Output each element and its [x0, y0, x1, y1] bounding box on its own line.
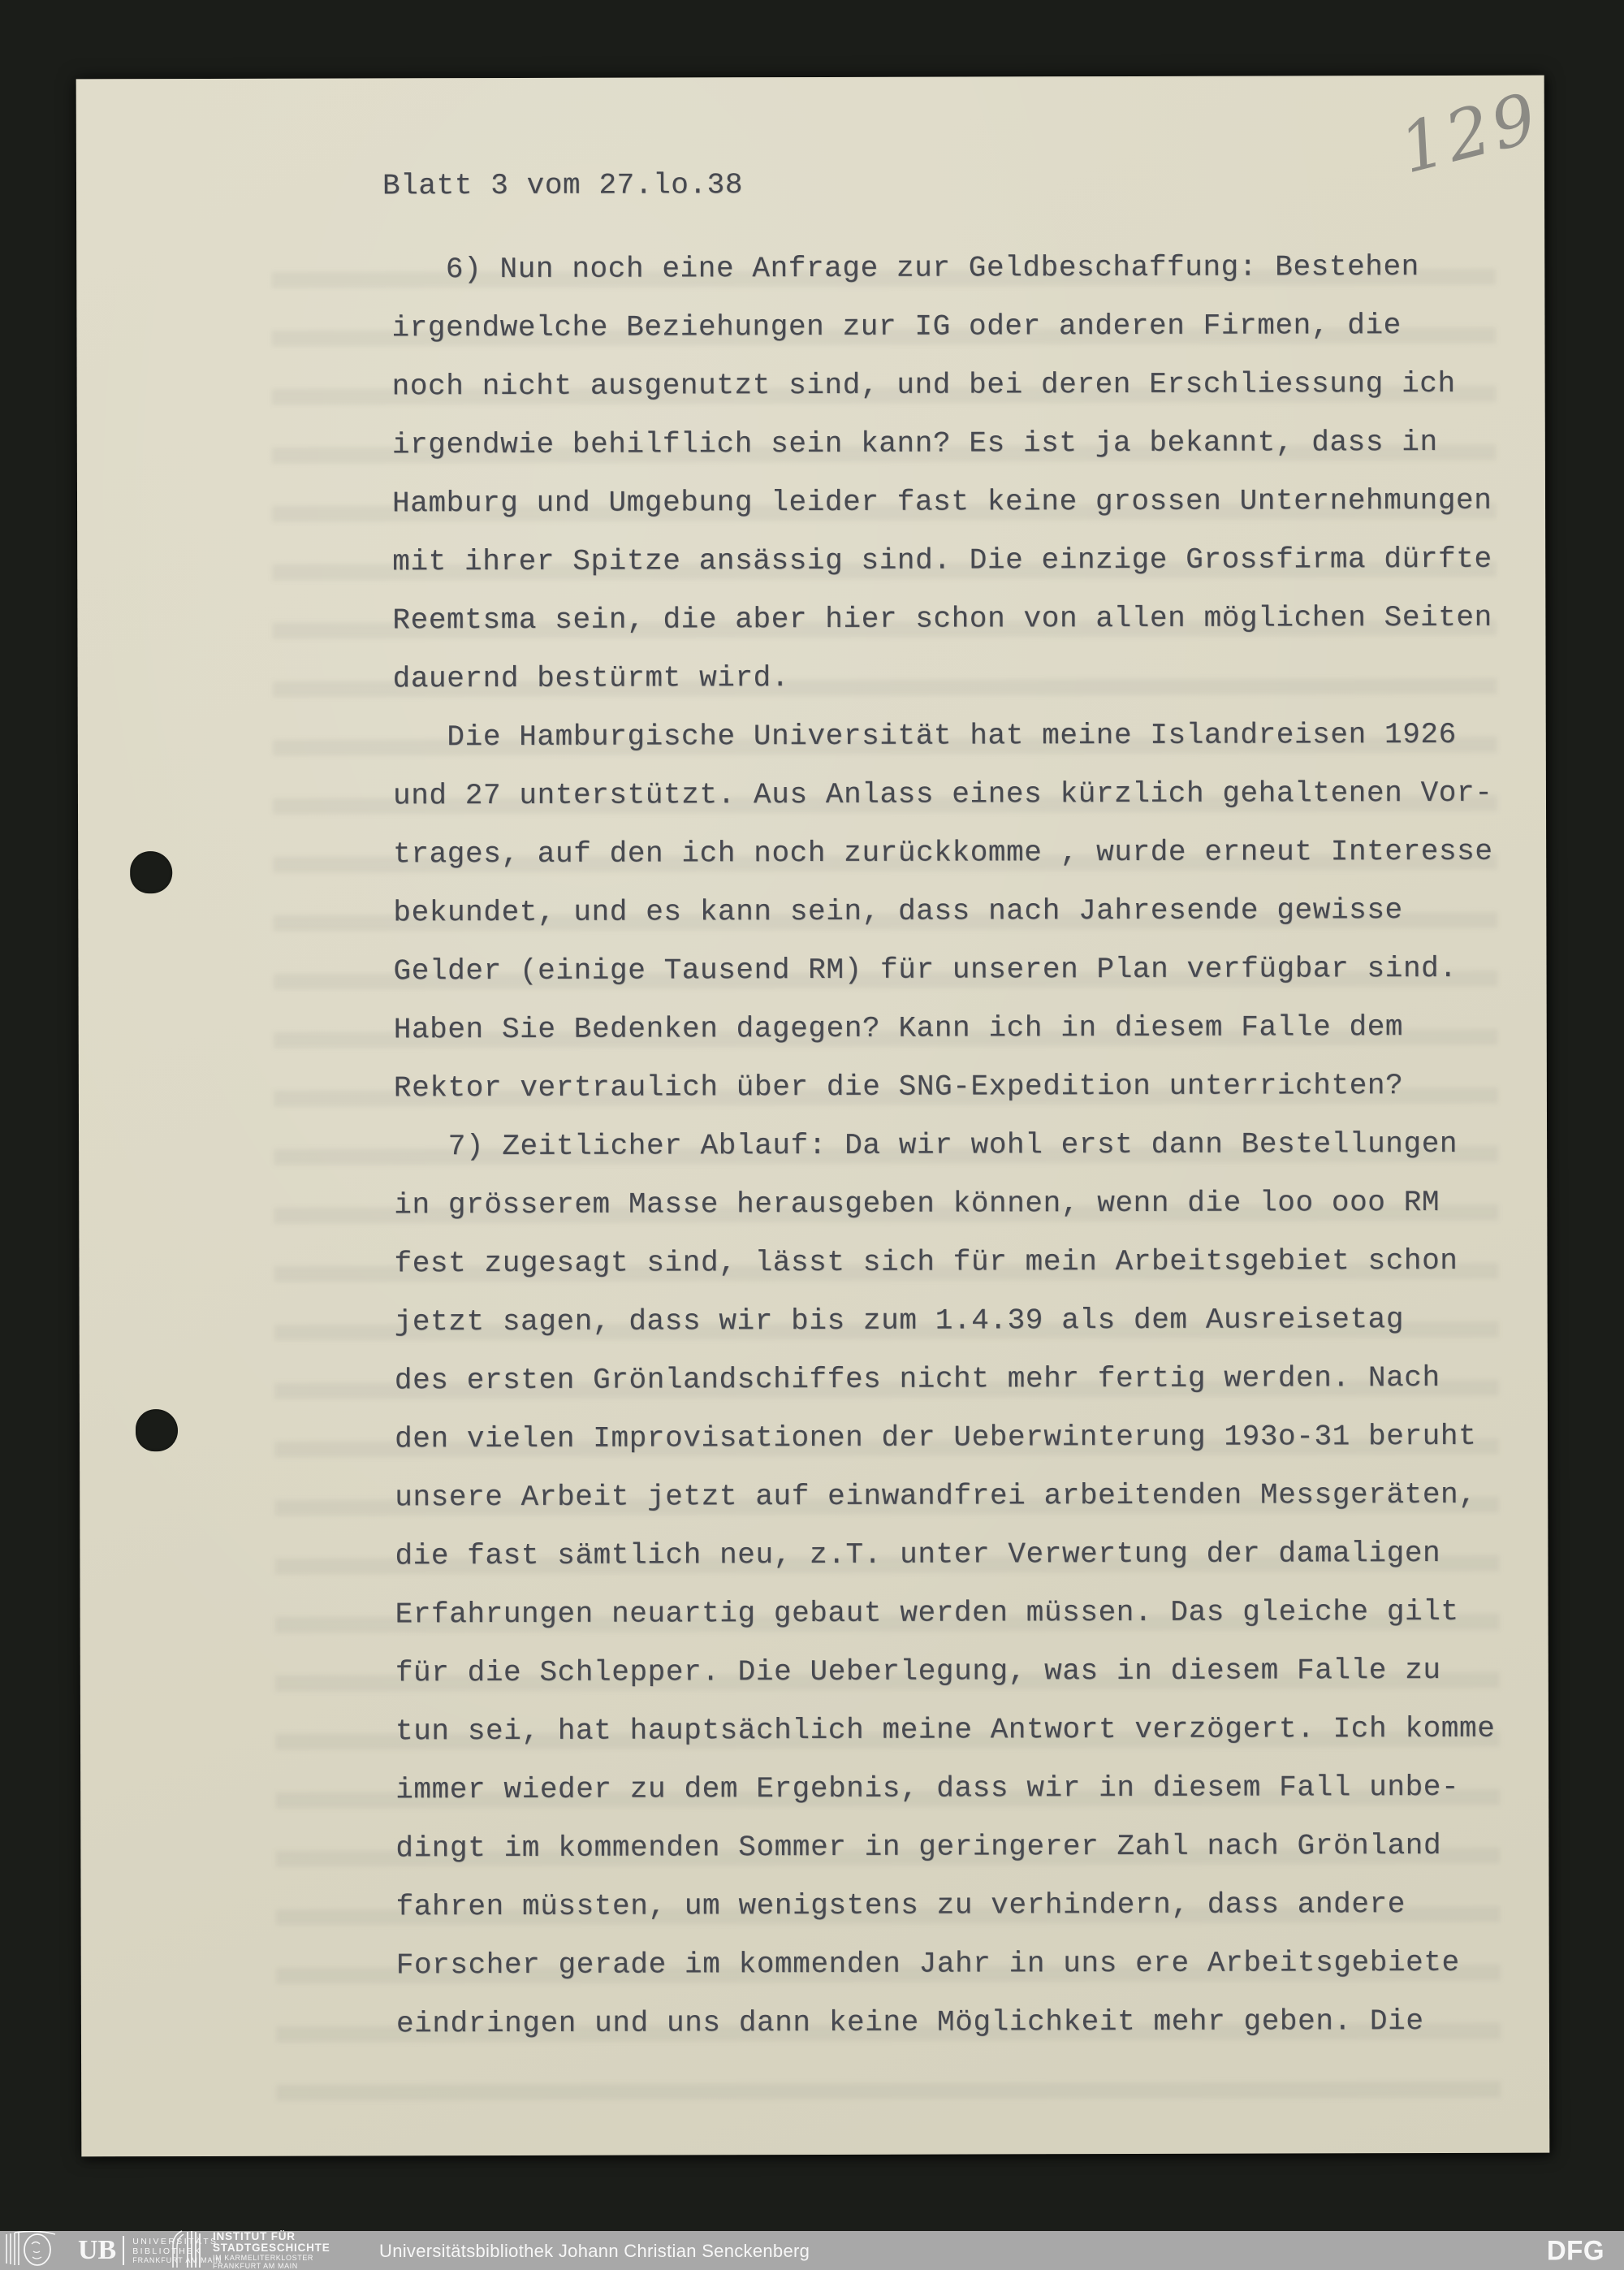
ub-abbrev: UB [78, 2237, 116, 2264]
typed-line: 7) Zeitlicher Ablauf: Da wir wohl erst d… [394, 1115, 1494, 1177]
typed-line: dauernd bestürmt wird. [392, 647, 1492, 709]
typed-line: eindringen und uns dann keine Möglichkei… [396, 1992, 1497, 2054]
ub-logo-divider [123, 2236, 124, 2265]
punch-hole-bottom [136, 1409, 178, 1451]
dfg-logo: DFG [1547, 2234, 1605, 2267]
typed-line: trages, auf den ich noch zurückkomme , w… [393, 823, 1493, 884]
footer-credit-bar: UB UNIVERSITÄTS BIBLIOTHEK FRANKFURT AM … [0, 2231, 1624, 2270]
typed-line: irgendwelche Beziehungen zur IG oder and… [391, 296, 1492, 358]
typed-line: in grösserem Masse herausgeben können, w… [394, 1174, 1494, 1235]
typed-line: noch nicht ausgenutzt sind, und bei dere… [392, 355, 1492, 417]
typed-line: Forscher gerade im kommenden Jahr in uns… [396, 1934, 1497, 1995]
typed-line: Hamburg und Umgebung leider fast keine g… [392, 472, 1492, 534]
typed-line: Erfahrungen neuartig gebaut werden müsse… [395, 1583, 1496, 1645]
typed-line: Rektor vertraulich über die SNG-Expediti… [394, 1057, 1494, 1118]
typed-line: die fast sämtlich neu, z.T. unter Verwer… [395, 1524, 1495, 1586]
typed-line: Die Hamburgische Universität hat meine I… [393, 706, 1493, 767]
sheet-label: Blatt 3 vom 27.lo.38 [382, 168, 743, 202]
typed-line: tun sei, hat hauptsächlich meine Antwort… [395, 1700, 1496, 1762]
typed-line: des ersten Grönlandschiffes nicht mehr f… [395, 1349, 1495, 1411]
typed-line: Gelder (einige Tausend RM) für unseren P… [393, 940, 1493, 1001]
institut-logo-text: INSTITUT FÜR STADTGESCHICHTE IM KARMELIT… [213, 2231, 330, 2270]
typed-line: für die Schlepper. Die Ueberlegung, was … [395, 1641, 1496, 1703]
typed-line: dingt im kommenden Sommer in geringerer … [395, 1817, 1496, 1879]
typed-line: bekundet, und es kann sein, dass nach Ja… [393, 881, 1493, 943]
institut-text-bold2: STADTGESCHICHTE [213, 2242, 330, 2254]
punch-hole-top [130, 851, 172, 893]
institut-stadtgeschichte-logo: INSTITUT FÜR STADTGESCHICHTE IM KARMELIT… [171, 2232, 330, 2269]
typed-line: mit ihrer Spitze ansässig sind. Die einz… [392, 530, 1492, 592]
typed-line: immer wieder zu dem Ergebnis, dass wir i… [395, 1758, 1496, 1820]
typed-line: fest zugesagt sind, lässt sich für mein … [394, 1232, 1494, 1294]
typed-line: unsere Arbeit jetzt auf einwandfrei arbe… [395, 1466, 1495, 1528]
typed-line: den vielen Improvisationen der Ueberwint… [395, 1407, 1495, 1469]
typed-line: und 27 unterstützt. Aus Anlass eines kür… [393, 764, 1493, 826]
gothic-arch-icon [171, 2230, 203, 2270]
typed-line: 6) Nun noch eine Anfrage zur Geldbeschaf… [391, 238, 1492, 300]
typed-line: irgendwie behilflich sein kann? Es ist j… [392, 413, 1492, 475]
folio-number-annotation: 129 [1392, 77, 1547, 188]
typed-line: jetzt sagen, dass wir bis zum 1.4.39 als… [395, 1291, 1495, 1352]
library-name: Universitätsbibliothek Johann Christian … [379, 2241, 810, 2262]
institut-text-bold1: INSTITUT FÜR [213, 2231, 330, 2242]
typed-line: Reemtsma sein, die aber hier schon von a… [392, 589, 1492, 651]
typewritten-text: 6) Nun noch eine Anfrage zur Geldbeschaf… [391, 238, 1496, 2054]
typed-line: fahren müssten, um wenigstens zu verhind… [395, 1875, 1496, 1937]
institut-text-small1: IM KARMELITERKLOSTER [213, 2254, 330, 2262]
typed-line: Haben Sie Bedenken dagegen? Kann ich in … [394, 998, 1494, 1060]
institut-text-small2: FRANKFURT AM MAIN [213, 2262, 330, 2270]
ub-book-portrait-icon [5, 2231, 75, 2270]
document-page: Blatt 3 vom 27.lo.38 129 6) Nun noch ein… [76, 76, 1550, 2157]
